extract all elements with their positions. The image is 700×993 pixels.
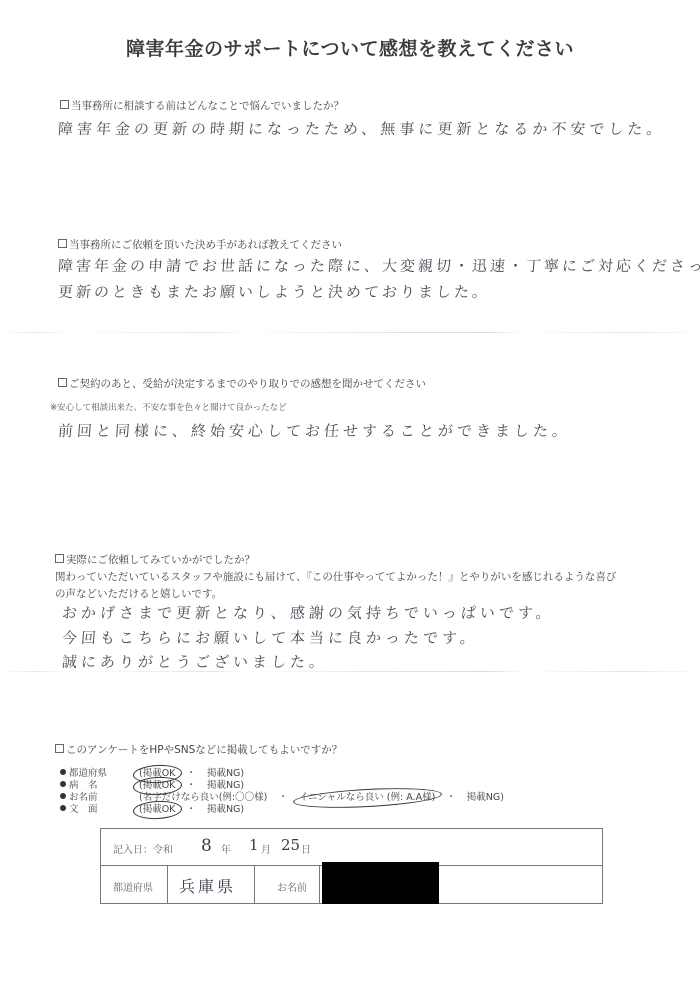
page-title: 障害年金のサポートについて感想を教えてください: [0, 34, 700, 61]
answer-2-line-1: 障害年金の申請でお世話になった際に、大変親切・迅速・丁寧にご対応くださったため、: [57, 255, 700, 276]
question-1: 当事務所に相談する前はどんなことで悩んでいましたか？: [60, 98, 344, 113]
consent-row-label: 病 名: [69, 780, 137, 792]
date-day-value: 25: [281, 836, 300, 854]
consent-row-name: お名前(名字だけなら良い(例:〇〇様)・イニシャルなら良い (例: A.A様)・…: [60, 792, 506, 804]
checkbox-icon: [55, 554, 64, 563]
question-4-description-line-2: の声などいただけると嬉しいです。: [55, 586, 222, 601]
separator: ・: [186, 780, 196, 792]
option-publish-ok[interactable]: (掲載OK: [137, 780, 177, 792]
answer-1-line-1: 障害年金の更新の時期になったため、無事に更新となるか不安でした。: [57, 118, 666, 139]
answer-4-line-2: 今回もこちらにお願いして本当に良かったです。: [61, 627, 479, 648]
date-month-unit: 月: [261, 841, 271, 856]
scan-artifact-line: [0, 671, 700, 672]
answer-4-line-3: 誠にありがとうございました。: [61, 651, 328, 672]
question-4-text: 実際にご依頼してみていかがでしたか？: [66, 554, 255, 566]
bullet-icon: [60, 769, 66, 775]
answer-3-line-1: 前回と同様に、終始安心してお任せすることができました。: [57, 420, 571, 441]
question-2: 当事務所にご依頼を頂いた決め手があれば教えてください: [58, 237, 342, 252]
bullet-icon: [60, 781, 66, 787]
consent-question: このアンケートをHPやSNSなどに掲載してもよいですか？: [55, 742, 342, 757]
checkbox-icon: [58, 378, 67, 387]
option-initials-only[interactable]: イニシャルなら良い (例: A.A様): [297, 792, 437, 804]
prefecture-label: 都道府県: [113, 879, 153, 894]
option-publish-ng[interactable]: 掲載NG): [205, 780, 246, 792]
option-publish-ok[interactable]: (掲載OK: [137, 804, 177, 816]
question-2-text: 当事務所にご依頼を頂いた決め手があれば教えてください: [69, 239, 342, 251]
consent-row-label: 文 面: [69, 804, 137, 816]
cell-divider: [254, 866, 255, 904]
name-label: お名前: [277, 879, 307, 894]
consent-row-label: お名前: [69, 792, 137, 804]
date-row: 記入日：令和 8 年 1 月 25 日: [101, 829, 602, 866]
question-1-text: 当事務所に相談する前はどんなことで悩んでいましたか？: [71, 100, 344, 112]
answer-2-line-2: 更新のときもまたお願いしようと決めておりました。: [57, 281, 490, 302]
question-4: 実際にご依頼してみていかがでしたか？: [55, 552, 255, 567]
date-year-value: 8: [201, 836, 212, 856]
consent-row-illness: 病 名(掲載OK・掲載NG): [60, 780, 506, 792]
date-year-unit: 年: [221, 841, 231, 856]
consent-row-prefecture: 都道府県(掲載OK・掲載NG): [60, 768, 506, 780]
consent-row-label: 都道府県: [69, 768, 137, 780]
checkbox-icon: [58, 239, 67, 248]
separator: ・: [186, 804, 196, 816]
bullet-icon: [60, 805, 66, 811]
question-3-text: ご契約のあと、受給が決定するまでのやり取りでの感想を聞かせてください: [69, 378, 426, 390]
question-4-description-line-1: 関わっていただいているスタッフや施設にも届けて、『この仕事やっててよかった！』と…: [55, 569, 616, 584]
scan-artifact-line: [0, 332, 700, 333]
consent-options: 都道府県(掲載OK・掲載NG) 病 名(掲載OK・掲載NG) お名前(名字だけな…: [60, 768, 506, 816]
consent-row-text: 文 面(掲載OK・掲載NG): [60, 804, 506, 816]
question-3: ご契約のあと、受給が決定するまでのやり取りでの感想を聞かせてください: [58, 376, 426, 391]
date-label: 記入日：令和: [113, 841, 173, 856]
option-publish-ng[interactable]: 掲載NG): [205, 768, 246, 780]
checkbox-icon: [55, 744, 64, 753]
question-3-note: ※安心して相談出来た、不安な事を色々と聞けて良かったなど: [50, 401, 287, 413]
option-publish-ng[interactable]: 掲載NG): [465, 792, 506, 804]
name-redaction: [322, 862, 439, 904]
date-day-unit: 日: [301, 841, 311, 856]
option-publish-ng[interactable]: 掲載NG): [205, 804, 246, 816]
separator: ・: [446, 792, 456, 804]
bullet-icon: [60, 793, 66, 799]
answer-4-line-1: おかげさまで更新となり、感謝の気持ちでいっぱいです。: [61, 602, 555, 623]
checkbox-icon: [60, 100, 69, 109]
separator: ・: [186, 768, 196, 780]
cell-divider: [319, 866, 320, 904]
date-month-value: 1: [249, 836, 259, 854]
prefecture-value: 兵庫県: [179, 874, 236, 897]
consent-question-text: このアンケートをHPやSNSなどに掲載してもよいですか？: [66, 744, 342, 756]
cell-divider: [167, 866, 168, 904]
separator: ・: [278, 792, 288, 804]
